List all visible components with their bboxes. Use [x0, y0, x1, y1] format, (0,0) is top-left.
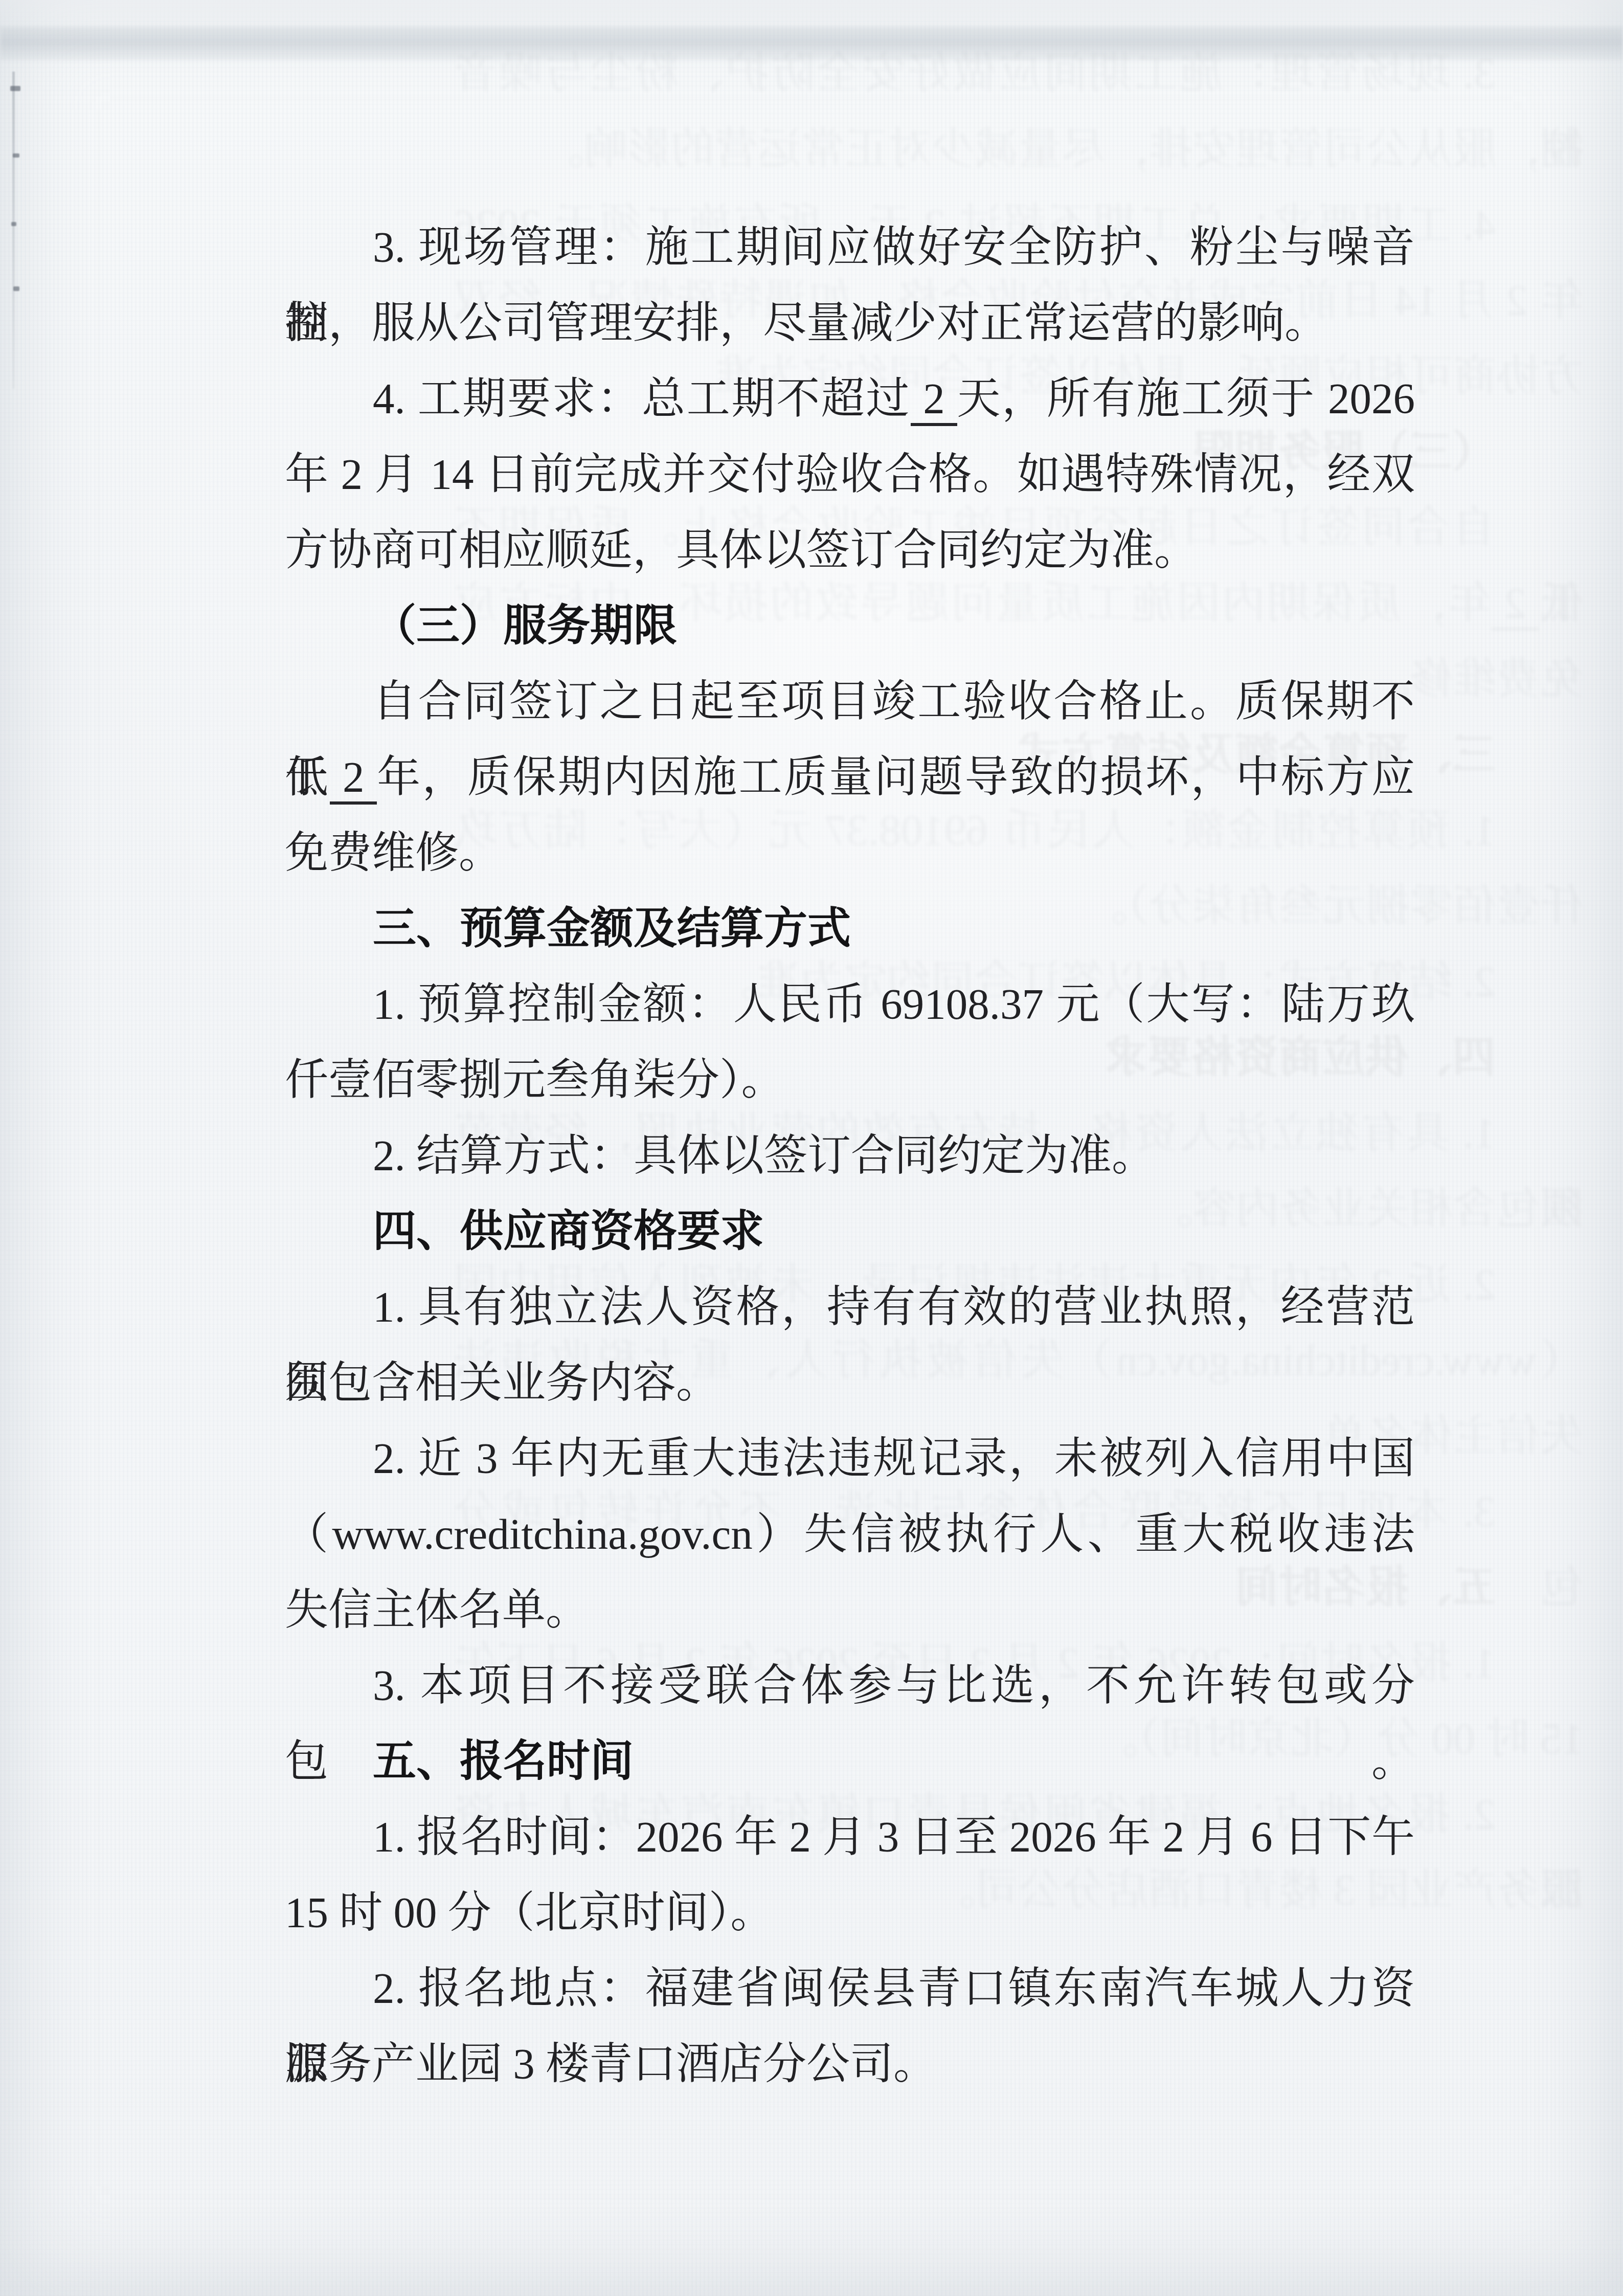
- text-line: 服务产业园 3 楼青口酒店分公司。: [285, 2026, 1415, 2102]
- text-line: 15 时 00 分（北京时间）。: [285, 1875, 1415, 1951]
- bleed-through-text: 于: [1539, 579, 1584, 628]
- scan-gray-band: [0, 27, 1623, 60]
- underlined-blank-value: 2: [330, 753, 377, 805]
- text-line: 1. 具有独立法人资格，持有有效的营业执照，经营范围: [285, 1269, 1415, 1345]
- text-line: 失信主体名单。: [285, 1572, 1415, 1648]
- scanner-edge-streak: [12, 72, 15, 389]
- text-line: 制，服从公司管理安排，尽量减少对正常运营的影响。: [285, 285, 1415, 361]
- text-line: 2. 报名地点：福建省闽侯县青口镇东南汽车城人力资源: [285, 1951, 1415, 2026]
- text-line: 2. 近 3 年内无重大违法违规记录，未被列入信用中国: [285, 1421, 1415, 1497]
- text-line: （www.creditchina.gov.cn）失信被执行人、重大税收违法: [285, 1497, 1415, 1572]
- text-segment: （www.creditchina.gov.cn）失信被执行人、重大税收违法: [285, 1510, 1415, 1558]
- text-line: 3. 现场管理：施工期间应做好安全防护、粉尘与噪音控: [285, 210, 1415, 285]
- text-line: 于 2 年，质保期内因施工质量问题导致的损坏，中标方应: [285, 740, 1415, 815]
- text-segment: 仟壹佰零捌元叁角柒分）。: [285, 1056, 785, 1104]
- text-segment: 2. 近 3 年内无重大违法违规记录，未被列入信用中国: [373, 1435, 1415, 1483]
- text-line: 免费维修。: [285, 815, 1415, 891]
- text-line: 自合同签订之日起至项目竣工验收合格止。质保期不低: [285, 664, 1415, 740]
- bleed-through-text: 3. 现场管理：施工期间应做好安全防护、粉尘与噪音控: [454, 50, 1584, 173]
- text-line: 2. 结算方式：具体以签订合同约定为准。: [285, 1118, 1415, 1194]
- text-line: 3. 本项目不接受联合体参与比选，不允许转包或分包。: [285, 1648, 1415, 1724]
- scanner-edge-artifact: [11, 222, 16, 226]
- heading-line: （三）服务期限: [285, 588, 1415, 664]
- text-line: 仟壹佰零捌元叁角柒分）。: [285, 1042, 1415, 1118]
- scanned-document-page: 3. 现场管理：施工期间应做好安全防护、粉尘与噪音控制，服从公司管理安排，尽量减…: [0, 0, 1623, 2296]
- bleed-through-text: 制，服从公司管理安排，尽量减少对正常运营的影响。: [454, 112, 1584, 187]
- text-segment: 方协商可相应顺延，具体以签订合同约定为准。: [285, 526, 1198, 574]
- scan-top-strip: [0, 0, 1623, 27]
- text-line: 4. 工期要求：总工期不超过 2 天，所有施工须于 2026: [285, 361, 1415, 437]
- heading-line: 四、供应商资格要求: [285, 1194, 1415, 1269]
- text-segment: 制，服从公司管理安排，尽量减少对正常运营的影响。: [285, 299, 1328, 347]
- bleed-through-text: 2: [1492, 579, 1539, 631]
- text-segment: 三、预算金额及结算方式: [373, 905, 851, 953]
- scanner-edge-artifact: [10, 86, 20, 91]
- text-segment: 年，质保期内因施工质量问题导致的损坏，中标方应: [377, 753, 1415, 801]
- text-segment: 五、报名时间: [373, 1737, 634, 1786]
- text-segment: 于: [285, 753, 330, 801]
- text-line: 方协商可相应顺延，具体以签订合同约定为准。: [285, 512, 1415, 588]
- text-line: 须包含相关业务内容。: [285, 1345, 1415, 1421]
- text-segment: 须包含相关业务内容。: [285, 1359, 719, 1407]
- text-segment: 4. 工期要求：总工期不超过: [373, 375, 911, 423]
- text-segment: 失信主体名单。: [285, 1586, 589, 1634]
- text-segment: 15 时 00 分（北京时间）。: [285, 1889, 774, 1937]
- scanner-edge-artifact: [13, 153, 19, 158]
- text-segment: 服务产业园 3 楼青口酒店分公司。: [285, 2040, 937, 2088]
- text-line: 1. 报名时间：2026 年 2 月 3 日至 2026 年 2 月 6 日下午: [285, 1799, 1415, 1875]
- text-segment: 1. 预算控制金额：人民币 69108.37 元（大写：陆万玖: [373, 980, 1415, 1029]
- text-segment: 四、供应商资格要求: [373, 1208, 764, 1256]
- text-line: 年 2 月 14 日前完成并交付验收合格。如遇特殊情况，经双: [285, 437, 1415, 512]
- document-body: 3. 现场管理：施工期间应做好安全防护、粉尘与噪音控制，服从公司管理安排，尽量减…: [285, 210, 1415, 2102]
- text-segment: 1. 报名时间：2026 年 2 月 3 日至 2026 年 2 月 6 日下午: [373, 1813, 1415, 1861]
- text-segment: 2. 结算方式：具体以签订合同约定为准。: [373, 1132, 1155, 1180]
- bleed-through-text: 制，服从公司管理安排，尽量减少对正常运营的影响。: [540, 125, 1584, 173]
- text-segment: 天，所有施工须于 2026: [957, 375, 1415, 423]
- scanner-edge-artifact: [13, 286, 19, 291]
- text-segment: 年 2 月 14 日前完成并交付验收合格。如遇特殊情况，经双: [285, 451, 1415, 499]
- underlined-blank-value: 2: [911, 375, 957, 426]
- text-segment: （三）服务期限: [373, 602, 677, 650]
- text-segment: 免费维修。: [285, 829, 502, 877]
- heading-line: 三、预算金额及结算方式: [285, 891, 1415, 967]
- text-line: 1. 预算控制金额：人民币 69108.37 元（大写：陆万玖: [285, 967, 1415, 1042]
